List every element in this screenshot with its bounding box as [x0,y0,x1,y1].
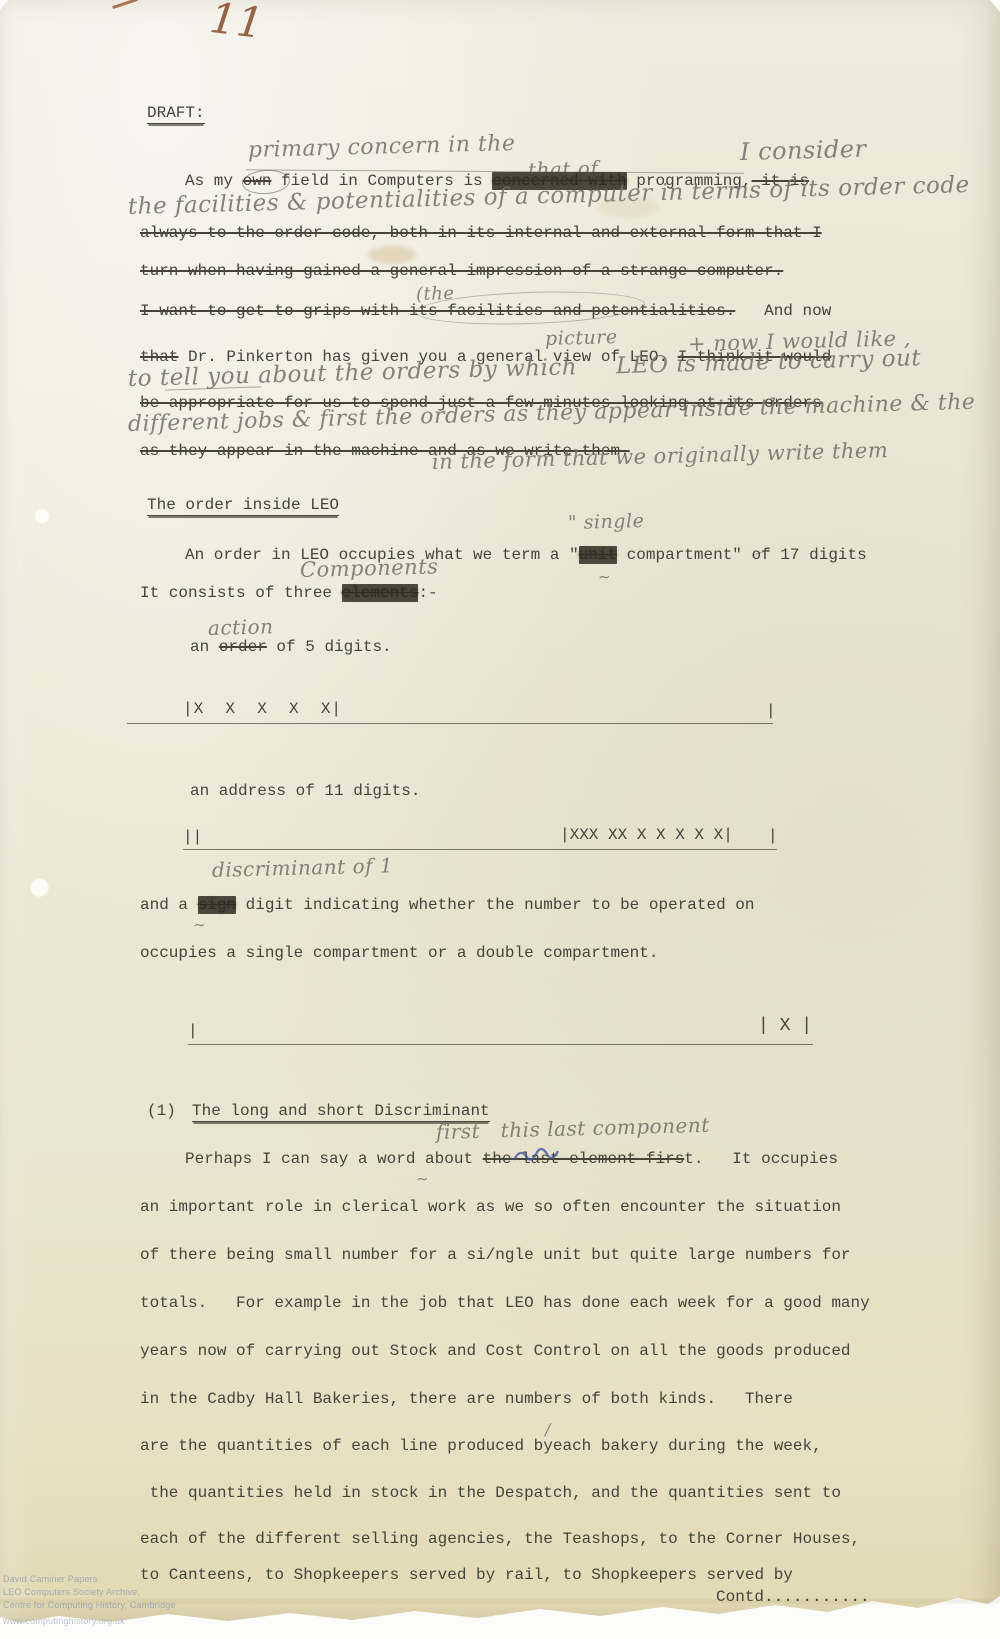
section-heading: The order inside LEO [147,496,339,514]
diagram-rule [183,849,777,850]
paper-sheet [0,0,1000,1626]
typed-line: the quantities held in stock in the Desp… [140,1484,841,1502]
typed-segment: of 5 digits. [267,638,392,656]
struck-word: order [219,638,267,656]
handwritten-note: " single [568,510,645,534]
watermark-line: David Caminer Papers [3,1574,98,1584]
typed-line: each of the different selling agencies, … [140,1530,860,1548]
watermark-url: www.computinghistory.org.uk [3,1616,125,1626]
typed-line: an important role in clerical work as we… [140,1198,841,1216]
typed-segment: an [190,638,219,656]
scanned-draft-page: 11 DRAFT: primary concern in the that of… [0,0,1000,1639]
punch-hole [30,878,49,897]
typed-segment: It consists of three [140,584,342,602]
typed-line: I want to get to grips with its faciliti… [140,302,831,320]
handwritten-note: action [208,614,274,640]
diagram-rule [127,723,773,724]
typed-line: It consists of three elements:- [140,584,438,602]
typed-line: of there being small number for a si/ngl… [140,1246,851,1264]
page-number: 11 [207,0,266,48]
diagram-cells: | X | [758,1016,812,1036]
blotted-word: sign [198,896,236,914]
section-heading-text: The order inside LEO [147,496,339,516]
struck-line: I want to get to grips with its faciliti… [140,302,735,320]
handwritten-note: picture [545,326,618,350]
blue-ink-scribble [512,1144,560,1168]
typed-line: are the quantities of each line produced… [140,1437,822,1455]
typed-line: always to the order code, both in its in… [140,224,822,242]
typed-line: to Canteens, to Shopkeepers served by ra… [140,1566,793,1584]
continued-label: Contd........... [716,1588,870,1606]
stray-slash-mark: / [545,1420,551,1439]
struck-line: always to the order code, both in its in… [140,224,822,242]
typed-line: an order of 5 digits. [190,638,392,656]
diagram-cells: |X X X X X| [183,700,342,718]
typed-segment: digit indicating whether the number to b… [236,896,754,914]
struck-line: turn when having gained a general impres… [140,262,783,280]
diagram-end-tick: | [766,702,776,720]
typed-line: years now of carrying out Stock and Cost… [140,1342,851,1360]
typed-segment: t. [684,1150,703,1168]
typed-line: occupies a single compartment or a doubl… [140,944,658,962]
typed-line: turn when having gained a general impres… [140,262,783,280]
typed-line: totals. For example in the job that LEO … [140,1294,870,1312]
handwritten-note: discriminant of 1 [212,853,394,882]
typed-segment: and a [140,896,198,914]
watermark-line: LEO Computers Society Archive, [3,1587,140,1597]
pencil-caret: ~ [193,916,207,934]
typed-segment: As my [185,172,243,190]
blotted-word: unit [579,546,617,564]
section-number: (1) [147,1102,176,1120]
typed-line: and a sign digit indicating whether the … [140,896,755,914]
handwritten-note: I consider [740,135,867,166]
typed-segment: It occupies [704,1150,838,1168]
pencil-caret: ~ [416,1170,430,1188]
struck-word: that [140,348,178,366]
typed-line: in the Cadby Hall Bakeries, there are nu… [140,1390,793,1408]
draft-label-text: DRAFT: [147,104,205,124]
pencil-caret: ~ [598,568,612,586]
typed-line: An order in LEO occupies what we term a … [185,546,867,564]
draft-label: DRAFT: [147,104,205,122]
diagram-start-tick: | [188,1022,198,1040]
section-heading: The long and short Discriminant [192,1102,490,1120]
diagram-end-tick: | [768,827,778,845]
punch-hole [34,508,50,524]
watermark-line: Centre for Computing History, Cambridge [3,1600,176,1610]
handwritten-note: Components [300,554,439,582]
typed-segment: compartment" of 17 digits [617,546,867,564]
typed-line: an address of 11 digits. [190,782,420,800]
diagram-cells: |XXX XX X X X X X| [560,826,733,844]
diagram-rule [188,1044,813,1045]
diagram-start-ticks: || [183,828,202,846]
blotted-word: elements [342,584,419,602]
typed-segment: :- [418,584,437,602]
struck-word: own [243,172,272,190]
typed-segment: Perhaps I can say a word about [185,1150,483,1168]
typed-segment: And now [735,302,831,320]
